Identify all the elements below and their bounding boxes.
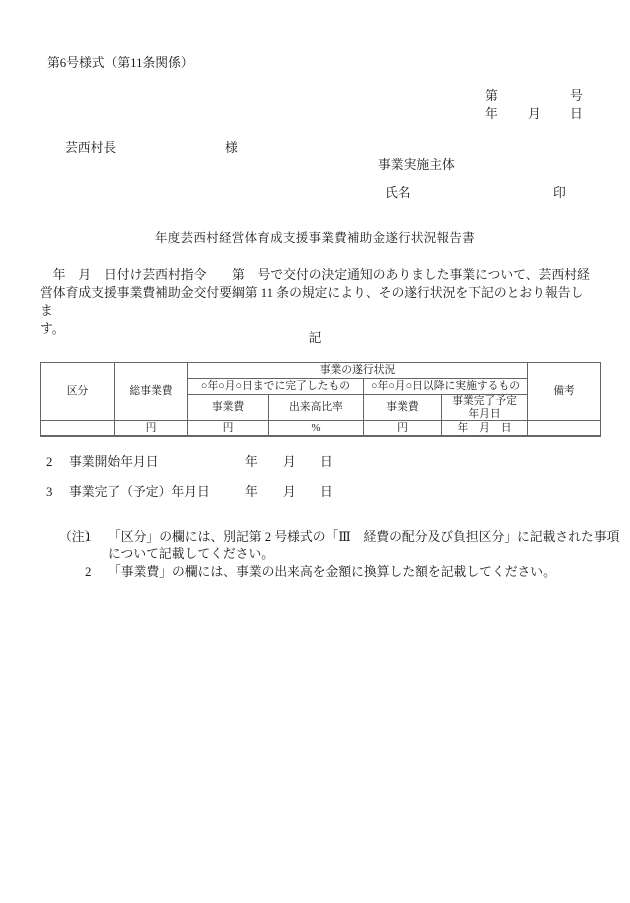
- col-header-total-cost: 総事業費: [115, 363, 188, 421]
- item2-month-label: 月: [283, 455, 296, 471]
- progress-status-table: 区分 総事業費 事業の遂行状況 備考 ○年○月○日までに完了したもの ○年○月○…: [40, 362, 601, 437]
- item3-label: 事業完了（予定）年月日: [69, 485, 210, 501]
- cell-cost1-unit: 円: [188, 421, 269, 437]
- implementing-entity-label: 事業実施主体: [378, 158, 455, 174]
- cell-rate-unit: %: [269, 421, 364, 437]
- date-year-label: 年: [485, 107, 498, 123]
- body-line-2: 営体育成支援事業費補助金交付要綱第 11 条の規定により、その遂行状況を下記のと…: [40, 284, 596, 320]
- finish-date-line2: 年月日: [446, 408, 523, 420]
- item3-day-label: 日: [320, 485, 333, 501]
- finish-date-line1: 事業完了予定: [446, 395, 523, 407]
- col-header-category: 区分: [41, 363, 115, 421]
- form-number-label: 第6号様式（第11条関係）: [47, 56, 194, 72]
- date-day-label: 日: [570, 107, 583, 123]
- note-prefix: （注）: [59, 530, 97, 546]
- item2-number: 2: [46, 455, 52, 471]
- col-header-completion-rate: 出来高比率: [269, 395, 364, 421]
- cell-finish-date-blank: 年 月 日: [442, 421, 528, 437]
- date-month-label: 月: [528, 107, 541, 123]
- table-row: 円 円 % 円 年 月 日: [41, 421, 601, 437]
- item3-year-label: 年: [245, 485, 258, 501]
- col-header-cost-completed: 事業費: [188, 395, 269, 421]
- document-title: 年度芸西村経営体育成支援事業費補助金遂行状況報告書: [0, 231, 630, 247]
- item2-day-label: 日: [320, 455, 333, 471]
- addressee-name: 芸西村長: [65, 141, 116, 157]
- note-2-text: 「事業費」の欄には、事業の出来高を金額に換算した額を記載してください。: [108, 565, 556, 581]
- doc-number-prefix: 第: [485, 89, 498, 105]
- col-header-after-date: ○年○月○日以降に実施するもの: [364, 379, 528, 395]
- note-1-text-line2: について記載してください。: [108, 547, 274, 563]
- body-paragraph: 年 月 日付け芸西村指令 第 号で交付の決定通知のありました事業について、芸西村…: [40, 266, 596, 338]
- report-form-page: 第6号様式（第11条関係） 第 号 年 月 日 芸西村長 様 事業実施主体 氏名…: [0, 0, 630, 903]
- cell-total-cost-unit: 円: [115, 421, 188, 437]
- item2-label: 事業開始年月日: [69, 455, 159, 471]
- item3-number: 3: [46, 485, 52, 501]
- col-header-finish-date: 事業完了予定 年月日: [442, 395, 528, 421]
- body-line-1: 年 月 日付け芸西村指令 第 号で交付の決定通知のありました事業について、芸西村…: [40, 266, 596, 284]
- item3-month-label: 月: [283, 485, 296, 501]
- cell-cost2-unit: 円: [364, 421, 442, 437]
- seal-label: 印: [553, 186, 566, 202]
- cell-remarks-blank: [528, 421, 601, 437]
- col-header-cost-planned: 事業費: [364, 395, 442, 421]
- col-header-remarks: 備考: [528, 363, 601, 421]
- name-label: 氏名: [385, 186, 411, 202]
- note-1-number: 1: [85, 530, 91, 546]
- item2-year-label: 年: [245, 455, 258, 471]
- note-1-text-line1: 「区分」の欄には、別記第 2 号様式の「Ⅲ 経費の配分及び負担区分」に記載された…: [108, 530, 619, 546]
- addressee-honorific: 様: [225, 141, 238, 157]
- ki-heading: 記: [0, 331, 630, 347]
- cell-category-blank: [41, 421, 115, 437]
- note-2-number: 2: [85, 565, 91, 581]
- col-header-completed-by: ○年○月○日までに完了したもの: [188, 379, 364, 395]
- doc-number-suffix: 号: [570, 89, 583, 105]
- col-header-progress: 事業の遂行状況: [188, 363, 528, 379]
